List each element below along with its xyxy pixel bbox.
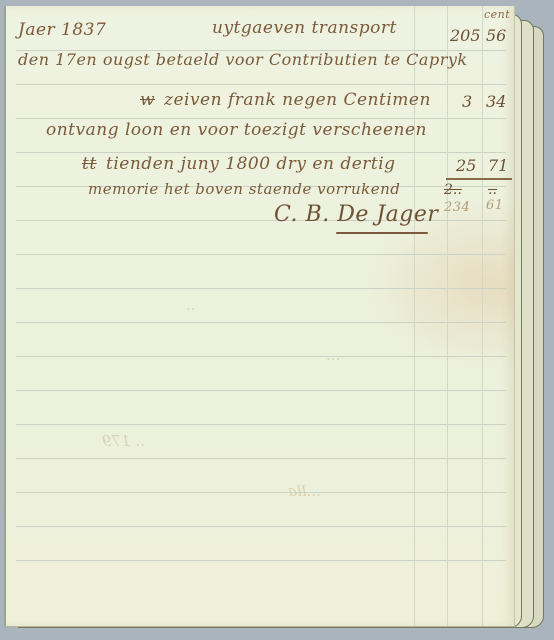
struck-prefix: tt [82,154,97,174]
bleed-through-text: ... [326,346,340,364]
ruled-line [16,254,506,255]
entry-text: zeiven frank negen Centimen [164,90,431,110]
signature: C. B. De Jager [274,202,438,227]
bleed-through-text: .. [186,296,196,314]
entry-text: den 17en ougst betaeld voor Contributien… [18,50,468,69]
ledger-page: Jaer 1837 uytgaeven transport cent 205 5… [4,6,515,627]
ruled-line [16,390,506,391]
cents-label: cent [484,8,510,21]
ruled-line [16,322,506,323]
entry-text: memorie het boven staende vorrukend [88,180,400,198]
amount-whole: 3 [462,92,472,111]
amount-cents: 34 [486,92,506,111]
amount-cents: 56 [486,26,506,45]
bleed-through-text: ...lla [288,482,321,500]
ruled-line [16,492,506,493]
year-label: Jaer 1837 [18,20,106,40]
ruled-line [16,424,506,425]
amount-whole: 205 [450,26,481,45]
ruled-line [16,356,506,357]
signature-underline [336,232,428,234]
ledger-title: uytgaeven transport [212,18,397,38]
amount-cents: 71 [488,156,508,175]
ruled-line [16,526,506,527]
struck-amount-whole: 2.. [444,182,462,198]
corrected-amount-cents: 61 [486,198,504,213]
ruled-line [16,152,506,153]
ruled-line [16,560,506,561]
ruled-line [16,288,506,289]
bleed-through-text: .. 179 [102,432,145,450]
ruled-line [16,458,506,459]
corrected-amount-whole: 234 [444,200,470,215]
struck-prefix: w [140,90,155,110]
entry-text: ontvang loon en voor toezigt verscheenen [46,120,427,140]
ruled-line [16,118,506,119]
ruled-line [16,84,506,85]
total-rule [446,178,512,180]
column-rule [482,6,483,626]
struck-amount-cents: .. [488,182,497,198]
amount-whole: 25 [456,156,476,175]
entry-text: tienden juny 1800 dry en dertig [106,154,396,174]
column-rule [447,6,448,626]
